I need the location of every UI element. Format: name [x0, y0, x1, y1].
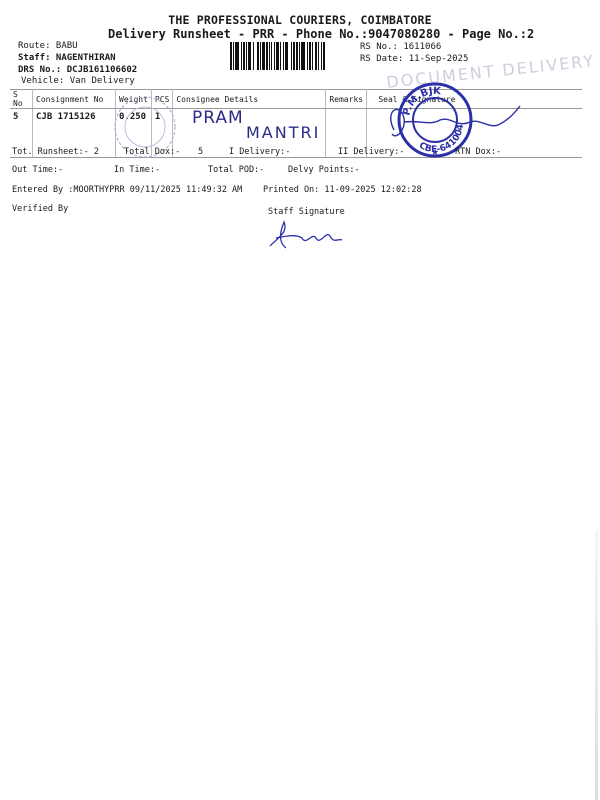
in-time: In Time:- — [114, 165, 160, 175]
i-delivery: I Delivery:- — [229, 147, 290, 157]
tot-runsheet: Tot. Runsheet:- 2 — [12, 147, 99, 157]
entered-by: Entered By :MOORTHYPRR 09/11/2025 11:49:… — [12, 185, 242, 195]
runsheet-subtitle: Delivery Runsheet - PRR - Phone No.:9047… — [108, 27, 534, 41]
receiver-signature-icon — [380, 100, 530, 150]
printed-on: Printed On: 11-09-2025 12:02:28 — [263, 185, 422, 195]
route-label: Route: BABU — [18, 41, 78, 51]
rs-date: RS Date: 11-Sep-2025 — [360, 54, 468, 64]
handwritten-consignee-line2: MANTRI — [246, 123, 320, 142]
barcode-icon — [230, 42, 356, 70]
total-dox-label: Total Dox:- — [124, 147, 180, 157]
col-sno: S No — [10, 90, 33, 109]
staff-signature-icon — [266, 218, 346, 254]
total-pod: Total POD:- — [208, 165, 264, 175]
out-time: Out Time:- — [12, 165, 63, 175]
col-consignee-details: Consignee Details — [173, 90, 326, 109]
rs-number: RS No.: 1611066 — [360, 42, 441, 52]
vehicle-label: Vehicle: Van Delivery — [21, 76, 135, 86]
staff-label: Staff: NAGENTHIRAN — [18, 53, 116, 63]
col-remarks: Remarks — [326, 90, 367, 109]
rtn-dox: RTN Dox:- — [455, 147, 501, 157]
staff-signature-label: Staff Signature — [268, 207, 345, 217]
handwritten-consignee-line1: PRAM — [192, 108, 244, 128]
verified-by: Verified By — [12, 204, 68, 214]
company-title: THE PROFESSIONAL COURIERS, COIMBATORE — [0, 13, 600, 27]
drs-number: DRS No.: DCJB161106602 — [18, 65, 137, 75]
delvy-points: Delvy Points:- — [288, 165, 360, 175]
total-dox-value: 5 — [198, 147, 203, 157]
scan-edge-shadow — [595, 530, 598, 800]
ii-delivery: II Delivery:- — [338, 147, 405, 157]
col-consignment-no: Consignment No — [33, 90, 116, 109]
